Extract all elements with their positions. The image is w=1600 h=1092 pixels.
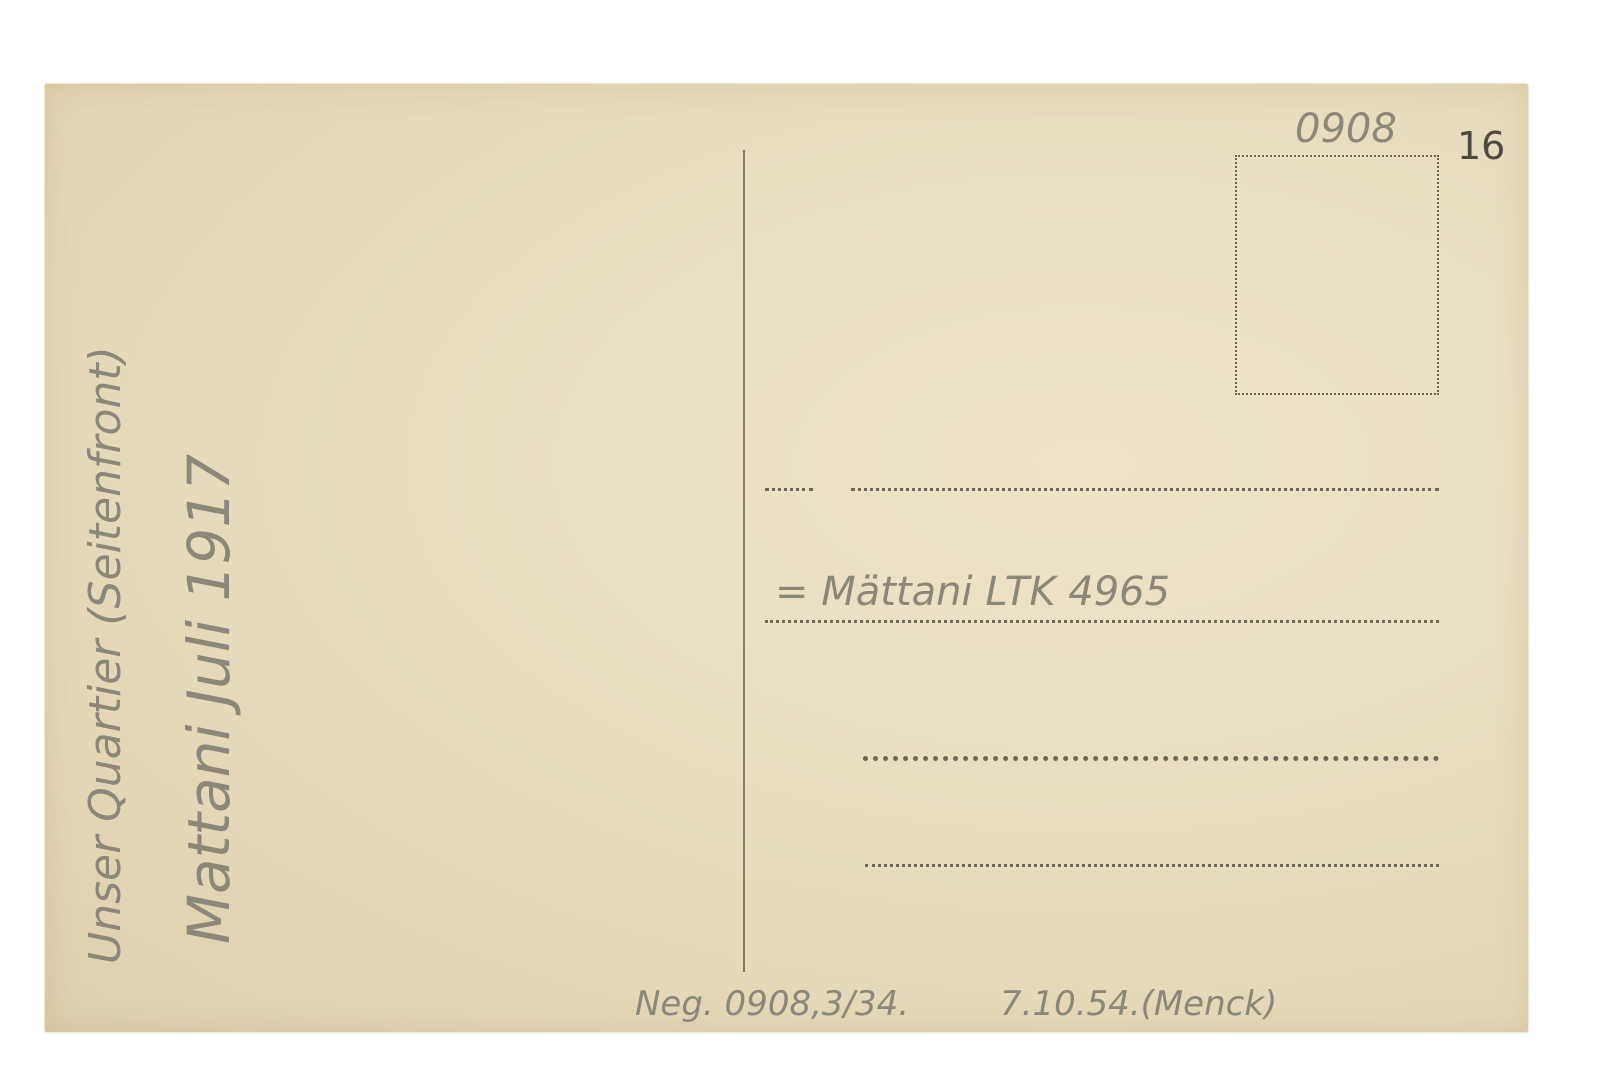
postcard-back: 0908 16 = Mättani LTK 4965 Neg. 0908,3/3… [45, 84, 1528, 1032]
caption-line-2: Mattani Juli 1917 [175, 454, 243, 944]
address-line-2 [765, 620, 1439, 625]
archive-number: 0908 [1295, 106, 1397, 152]
address-line-4 [865, 864, 1439, 869]
address-line-1 [765, 488, 813, 493]
corner-mark: 16 [1457, 124, 1505, 168]
address-line-1b [851, 488, 1439, 493]
stamp-box [1235, 155, 1439, 395]
center-divider-line [743, 150, 745, 972]
date-note: 7.10.54.(Menck) [1000, 984, 1277, 1024]
negative-note: Neg. 0908,3/34. [635, 984, 909, 1024]
address-line-3 [863, 756, 1439, 763]
address-handwriting: = Mättani LTK 4965 [775, 569, 1170, 615]
caption-line-1: Unser Quartier (Seitenfront) [80, 346, 131, 964]
